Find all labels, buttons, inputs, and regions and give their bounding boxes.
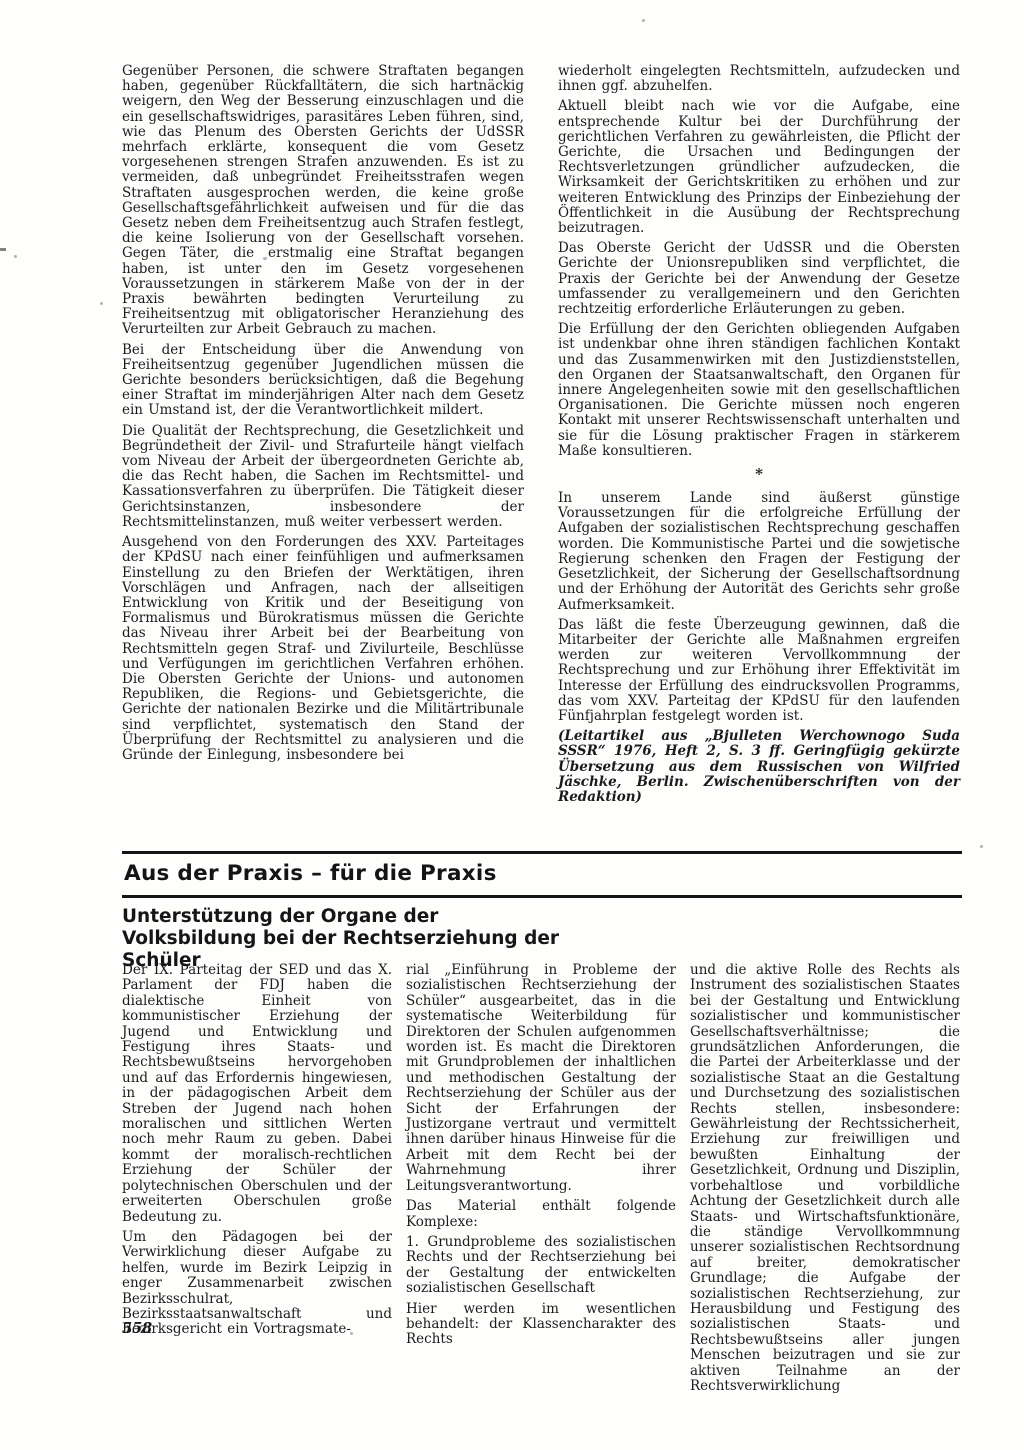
article-paragraph: und die aktive Rolle des Rechts als Inst…: [690, 963, 960, 1394]
article-column-2: rial „Einführung in Probleme der soziali…: [406, 963, 676, 1399]
section-banner: Aus der Praxis – für die Praxis: [122, 851, 962, 898]
lead-paragraph: Aktuell bleibt nach wie vor die Aufgabe,…: [558, 99, 960, 236]
journal-page: Gegenüber Personen, die schwere Straftat…: [0, 0, 1024, 1450]
lead-paragraph: Ausgehend von den Forderungen des XXV. P…: [122, 535, 524, 763]
source-credit: (Leitartikel aus „Bjulleten Werchownogo …: [558, 729, 960, 805]
article-paragraph: Um den Pädagogen bei der Verwirklichung …: [122, 1230, 392, 1338]
lead-paragraph: Die Qualität der Rechtsprechung, die Ges…: [122, 424, 524, 530]
lead-paragraph: In unserem Lande sind äußerst günstige V…: [558, 491, 960, 613]
scan-speck: [100, 302, 103, 305]
article-column-3: und die aktive Rolle des Rechts als Inst…: [690, 963, 960, 1399]
page-number: 558: [122, 1320, 152, 1337]
scan-speck: [980, 845, 983, 848]
scan-speck: [642, 19, 645, 22]
scan-speck: [14, 255, 17, 258]
article-paragraph: rial „Einführung in Probleme der soziali…: [406, 963, 676, 1194]
scan-artifact: [0, 248, 6, 251]
lead-left-column: Gegenüber Personen, die schwere Straftat…: [122, 64, 524, 810]
article-paragraph: Das Material enthält folgende Komplexe:: [406, 1199, 676, 1230]
article-columns: Der IX. Parteitag der SED und das X. Par…: [122, 963, 960, 1399]
scan-speck: [263, 257, 267, 260]
lead-right-column: wiederholt eingelegten Rechtsmitteln, au…: [558, 64, 960, 810]
lead-paragraph: Das Oberste Gericht der UdSSR und die Ob…: [558, 241, 960, 317]
lead-paragraph: wiederholt eingelegten Rechtsmitteln, au…: [558, 64, 960, 94]
asterisk-separator: *: [558, 467, 960, 482]
lead-paragraph: Das läßt die feste Überzeugung gewinnen,…: [558, 618, 960, 724]
lead-paragraph: Gegenüber Personen, die schwere Straftat…: [122, 64, 524, 338]
section-banner-title: Aus der Praxis – für die Praxis: [124, 861, 962, 886]
lead-paragraph: Die Erfüllung der den Gerichten obliegen…: [558, 322, 960, 459]
lead-paragraph: Bei der Entscheidung über die Anwendung …: [122, 343, 524, 419]
article-paragraph: Der IX. Parteitag der SED und das X. Par…: [122, 963, 392, 1225]
lead-article-columns: Gegenüber Personen, die schwere Straftat…: [122, 64, 960, 810]
article-paragraph: Hier werden im wesentlichen behandelt: d…: [406, 1302, 676, 1348]
article-paragraph: 1. Grundprobleme des sozialistischen Rec…: [406, 1235, 676, 1297]
scan-speck: [350, 1332, 353, 1335]
